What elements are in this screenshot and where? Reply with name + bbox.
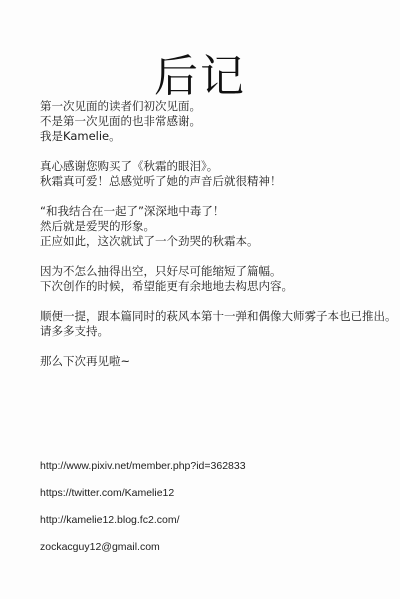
text-line: 第一次见面的读者们初次见面。 <box>40 99 380 114</box>
text-line: “和我结合在一起了”深深地中毒了！ <box>40 204 380 219</box>
pixiv-link[interactable]: http://www.pixiv.net/member.php?id=36283… <box>40 459 246 486</box>
text-line: 不是第一次见面的也非常感谢。 <box>40 114 380 129</box>
paragraph-greeting: 第一次见面的读者们初次见面。 不是第一次见面的也非常感谢。 我是Kamelie。 <box>40 99 380 144</box>
text-line: 秋霜真可爱！总感觉听了她的声音后就很精神！ <box>40 174 380 189</box>
text-line: 下次创作的时候，希望能更有余地地去构思内容。 <box>40 279 380 294</box>
paragraph-announcement: 顺便一提，跟本篇同时的萩风本第十一弹和偶像大师雾子本也已推出。 请多多支持。 <box>40 309 380 339</box>
contact-links: http://www.pixiv.net/member.php?id=36283… <box>40 459 246 567</box>
text-line: 那么下次再见啦~ <box>40 354 380 369</box>
text-line: 正应如此，这次就试了一个劲哭的秋霜本。 <box>40 234 380 249</box>
text-line: 顺便一提，跟本篇同时的萩风本第十一弹和偶像大师雾子本也已推出。 <box>40 309 380 324</box>
paragraph-farewell: 那么下次再见啦~ <box>40 354 380 369</box>
text-line: 请多多支持。 <box>40 324 380 339</box>
twitter-link[interactable]: https://twitter.com/Kamelie12 <box>40 486 246 513</box>
text-line: 我是Kamelie。 <box>40 129 380 144</box>
text-line: 然后就是爱哭的形象。 <box>40 219 380 234</box>
blog-link[interactable]: http://kamelie12.blog.fc2.com/ <box>40 513 246 540</box>
paragraph-thanks: 真心感谢您购买了《秋霜的眼泪》。 秋霜真可爱！总感觉听了她的声音后就很精神！ <box>40 159 380 189</box>
paragraph-length: 因为不怎么抽得出空，只好尽可能缩短了篇幅。 下次创作的时候，希望能更有余地地去构… <box>40 264 380 294</box>
page-title: 后记 <box>0 40 400 104</box>
paragraph-concept: “和我结合在一起了”深深地中毒了！ 然后就是爱哭的形象。 正应如此，这次就试了一… <box>40 204 380 249</box>
email-address[interactable]: zockacguy12@gmail.com <box>40 540 246 567</box>
afterword-body: 第一次见面的读者们初次见面。 不是第一次见面的也非常感谢。 我是Kamelie。… <box>40 99 380 384</box>
afterword-page: 后记 第一次见面的读者们初次见面。 不是第一次见面的也非常感谢。 我是Kamel… <box>0 0 400 599</box>
text-line: 真心感谢您购买了《秋霜的眼泪》。 <box>40 159 380 174</box>
text-line: 因为不怎么抽得出空，只好尽可能缩短了篇幅。 <box>40 264 380 279</box>
